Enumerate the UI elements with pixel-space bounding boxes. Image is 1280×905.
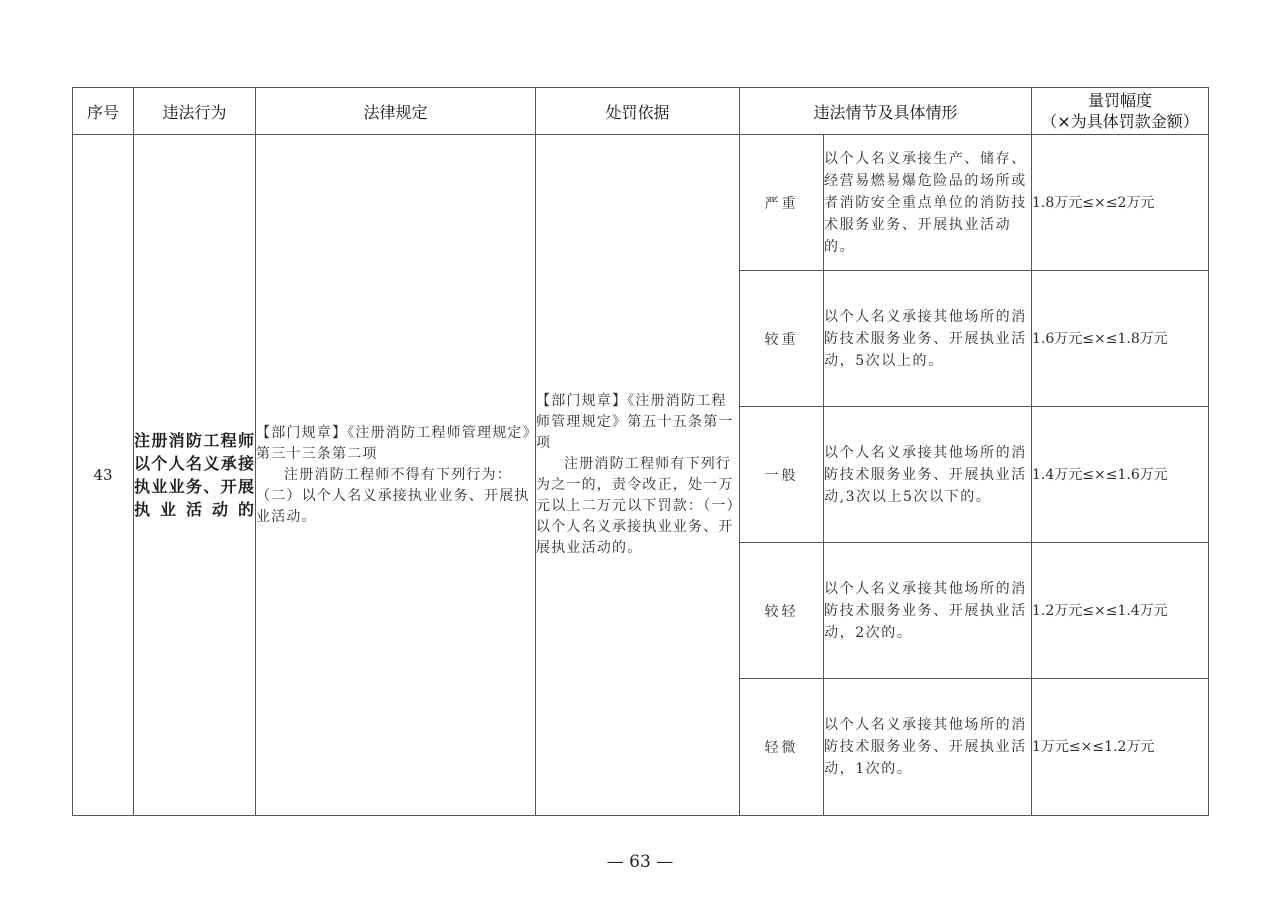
header-range-title: 量罚幅度 (1032, 90, 1208, 111)
header-law: 法律规定 (256, 88, 536, 135)
level-description: 以个人名义承接其他场所的消防技术服务业务、开展执业活动，5次以上的。 (824, 271, 1032, 407)
level-description: 以个人名义承接其他场所的消防技术服务业务、开展执业活动，1次的。 (824, 679, 1032, 816)
header-row: 序号 违法行为 法律规定 处罚依据 违法情节及具体情形 量罚幅度 （×为具体罚款… (73, 88, 1209, 135)
level-severe: 严重 (740, 135, 824, 271)
penalty-range: 1.4万元≤×≤1.6万元 (1032, 407, 1209, 543)
law-source: 【部门规章】《注册消防工程师管理规定》第三十三条第二项 (256, 423, 535, 465)
header-seq: 序号 (73, 88, 134, 135)
header-basis: 处罚依据 (536, 88, 740, 135)
header-range-note: （×为具体罚款金额） (1032, 111, 1208, 132)
header-range: 量罚幅度 （×为具体罚款金额） (1032, 88, 1209, 135)
level-general: 一般 (740, 407, 824, 543)
row-penalty-basis: 【部门规章】《注册消防工程师管理规定》第五十五条第一项 注册消防工程师有下列行为… (536, 135, 740, 816)
level-description: 以个人名义承接其他场所的消防技术服务业务、开展执业活动,3次以上5次以下的。 (824, 407, 1032, 543)
level-description: 以个人名义承接其他场所的消防技术服务业务、开展执业活动，2次的。 (824, 543, 1032, 679)
basis-text: 注册消防工程师有下列行为之一的，责令改正，处一万元以上二万元以下罚款：（一）以个… (536, 454, 739, 559)
row-violation: 注册消防工程师以个人名义承接执业业务、开展执业活动的 (134, 135, 256, 816)
basis-source: 【部门规章】《注册消防工程师管理规定》第五十五条第一项 (536, 391, 739, 454)
penalty-range: 1万元≤×≤1.2万元 (1032, 679, 1209, 816)
penalty-range: 1.2万元≤×≤1.4万元 (1032, 543, 1209, 679)
level-description: 以个人名义承接生产、储存、经营易燃易爆危险品的场所或者消防安全重点单位的消防技术… (824, 135, 1032, 271)
penalty-range: 1.6万元≤×≤1.8万元 (1032, 271, 1209, 407)
row-law-provision: 【部门规章】《注册消防工程师管理规定》第三十三条第二项 注册消防工程师不得有下列… (256, 135, 536, 816)
page-number: — 63 — (0, 852, 1280, 872)
header-act: 违法行为 (134, 88, 256, 135)
law-text: 注册消防工程师不得有下列行为：（二）以个人名义承接执业业务、开展执业活动。 (256, 465, 535, 528)
table-row: 43 注册消防工程师以个人名义承接执业业务、开展执业活动的 【部门规章】《注册消… (73, 135, 1209, 271)
penalty-table: 序号 违法行为 法律规定 处罚依据 违法情节及具体情形 量罚幅度 （×为具体罚款… (72, 87, 1209, 816)
level-light: 较轻 (740, 543, 824, 679)
header-circumstance: 违法情节及具体情形 (740, 88, 1032, 135)
level-minor: 轻微 (740, 679, 824, 816)
penalty-range: 1.8万元≤×≤2万元 (1032, 135, 1209, 271)
level-serious: 较重 (740, 271, 824, 407)
row-seq: 43 (73, 135, 134, 816)
